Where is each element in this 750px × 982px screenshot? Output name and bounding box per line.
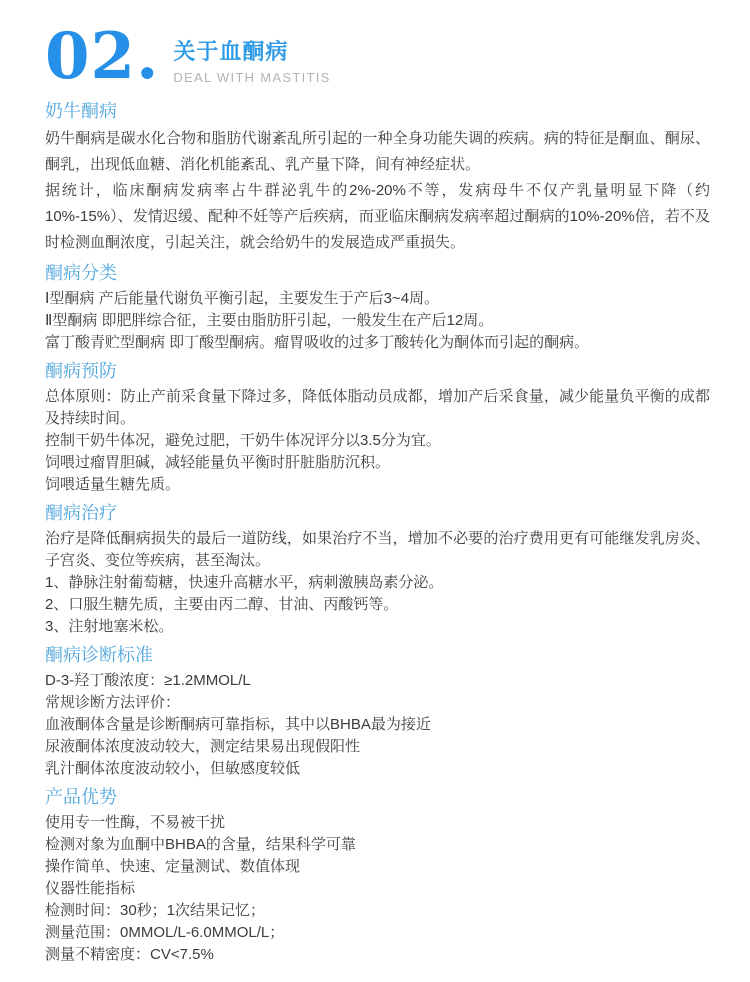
page-title: 关于血酮病 xyxy=(173,35,330,66)
paragraph: 控制干奶牛体况，避免过肥，干奶牛体况评分以3.5分为宜。 xyxy=(45,430,710,452)
section-paragraphs: 治疗是降低酮病损失的最后一道防线，如果治疗不当，增加不必要的治疗费用更有可能继发… xyxy=(45,528,710,638)
section-number: 02. xyxy=(45,26,159,89)
section-heading: 酮病预防 xyxy=(45,361,710,381)
section: 酮病预防 总体原则：防止产前采食量下降过多，降低体脂动员成都，增加产后采食量，减… xyxy=(45,361,710,496)
paragraph: 总体原则：防止产前采食量下降过多，降低体脂动员成都，增加产后采食量，减少能量负平… xyxy=(45,386,710,430)
section-heading: 酮病治疗 xyxy=(45,503,710,523)
paragraph: 操作简单、快速、定量测试、数值体现 xyxy=(45,856,710,878)
title-block: 关于血酮病 DEAL WITH MASTITIS xyxy=(173,35,330,89)
paragraph: 治疗是降低酮病损失的最后一道防线，如果治疗不当，增加不必要的治疗费用更有可能继发… xyxy=(45,528,710,572)
paragraph: Ⅱ型酮病 即肥胖综合征，主要由脂肪肝引起，一般发生在产后12周。 xyxy=(45,310,710,332)
paragraph: 仪器性能指标 xyxy=(45,878,710,900)
paragraph: 检测对象为血酮中BHBA的含量，结果科学可靠 xyxy=(45,834,710,856)
header: 02. 关于血酮病 DEAL WITH MASTITIS xyxy=(45,26,710,89)
paragraph: 奶牛酮病是碳水化合物和脂肪代谢紊乱所引起的一种全身功能失调的疾病。病的特征是酮血… xyxy=(45,126,710,178)
section-paragraphs: D-3-羟丁酸浓度：≥1.2MMOL/L常规诊断方法评价：血液酮体含量是诊断酮病… xyxy=(45,670,710,780)
paragraph: 使用专一性酶，不易被干扰 xyxy=(45,812,710,834)
section-heading: 酮病诊断标准 xyxy=(45,645,710,665)
paragraph: D-3-羟丁酸浓度：≥1.2MMOL/L xyxy=(45,670,710,692)
section-heading: 酮病分类 xyxy=(45,263,710,283)
paragraph: 3、注射地塞米松。 xyxy=(45,616,710,638)
paragraph: 饲喂适量生糖先质。 xyxy=(45,474,710,496)
sections: 奶牛酮病 奶牛酮病是碳水化合物和脂肪代谢紊乱所引起的一种全身功能失调的疾病。病的… xyxy=(45,101,710,966)
section: 酮病诊断标准 D-3-羟丁酸浓度：≥1.2MMOL/L常规诊断方法评价：血液酮体… xyxy=(45,645,710,780)
paragraph: 血液酮体含量是诊断酮病可靠指标，其中以BHBA最为接近 xyxy=(45,714,710,736)
paragraph: 检测时间：30秒；1次结果记忆； xyxy=(45,900,710,922)
section: 酮病治疗 治疗是降低酮病损失的最后一道防线，如果治疗不当，增加不必要的治疗费用更… xyxy=(45,503,710,638)
section-heading: 产品优势 xyxy=(45,787,710,807)
paragraph: 测量不精密度：CV<7.5% xyxy=(45,944,710,966)
paragraph: 据统计，临床酮病发病率占牛群泌乳牛的2%-20%不等，发病母牛不仅产乳量明显下降… xyxy=(45,178,710,256)
section-heading: 奶牛酮病 xyxy=(45,101,710,121)
paragraph: 测量范围：0MMOL/L-6.0MMOL/L； xyxy=(45,922,710,944)
paragraph: 2、口服生糖先质，主要由丙二醇、甘油、丙酸钙等。 xyxy=(45,594,710,616)
section-paragraphs: 奶牛酮病是碳水化合物和脂肪代谢紊乱所引起的一种全身功能失调的疾病。病的特征是酮血… xyxy=(45,126,710,256)
section-paragraphs: 总体原则：防止产前采食量下降过多，降低体脂动员成都，增加产后采食量，减少能量负平… xyxy=(45,386,710,496)
page: 02. 关于血酮病 DEAL WITH MASTITIS 奶牛酮病 奶牛酮病是碳… xyxy=(0,0,750,982)
paragraph: 1、静脉注射葡萄糖，快速升高糖水平，病刺激胰岛素分泌。 xyxy=(45,572,710,594)
paragraph: Ⅰ型酮病 产后能量代谢负平衡引起，主要发生于产后3~4周。 xyxy=(45,288,710,310)
paragraph: 尿液酮体浓度波动较大，测定结果易出现假阳性 xyxy=(45,736,710,758)
section-paragraphs: 使用专一性酶，不易被干扰检测对象为血酮中BHBA的含量，结果科学可靠操作简单、快… xyxy=(45,812,710,966)
page-subtitle: DEAL WITH MASTITIS xyxy=(173,70,330,85)
section: 奶牛酮病 奶牛酮病是碳水化合物和脂肪代谢紊乱所引起的一种全身功能失调的疾病。病的… xyxy=(45,101,710,256)
paragraph: 饲喂过瘤胃胆碱，减轻能量负平衡时肝脏脂肪沉积。 xyxy=(45,452,710,474)
section-paragraphs: Ⅰ型酮病 产后能量代谢负平衡引起，主要发生于产后3~4周。Ⅱ型酮病 即肥胖综合征… xyxy=(45,288,710,354)
section: 酮病分类 Ⅰ型酮病 产后能量代谢负平衡引起，主要发生于产后3~4周。Ⅱ型酮病 即… xyxy=(45,263,710,354)
paragraph: 乳汁酮体浓度波动较小，但敏感度较低 xyxy=(45,758,710,780)
paragraph: 富丁酸青贮型酮病 即丁酸型酮病。瘤胃吸收的过多丁酸转化为酮体而引起的酮病。 xyxy=(45,332,710,354)
paragraph: 常规诊断方法评价： xyxy=(45,692,710,714)
section: 产品优势 使用专一性酶，不易被干扰检测对象为血酮中BHBA的含量，结果科学可靠操… xyxy=(45,787,710,966)
